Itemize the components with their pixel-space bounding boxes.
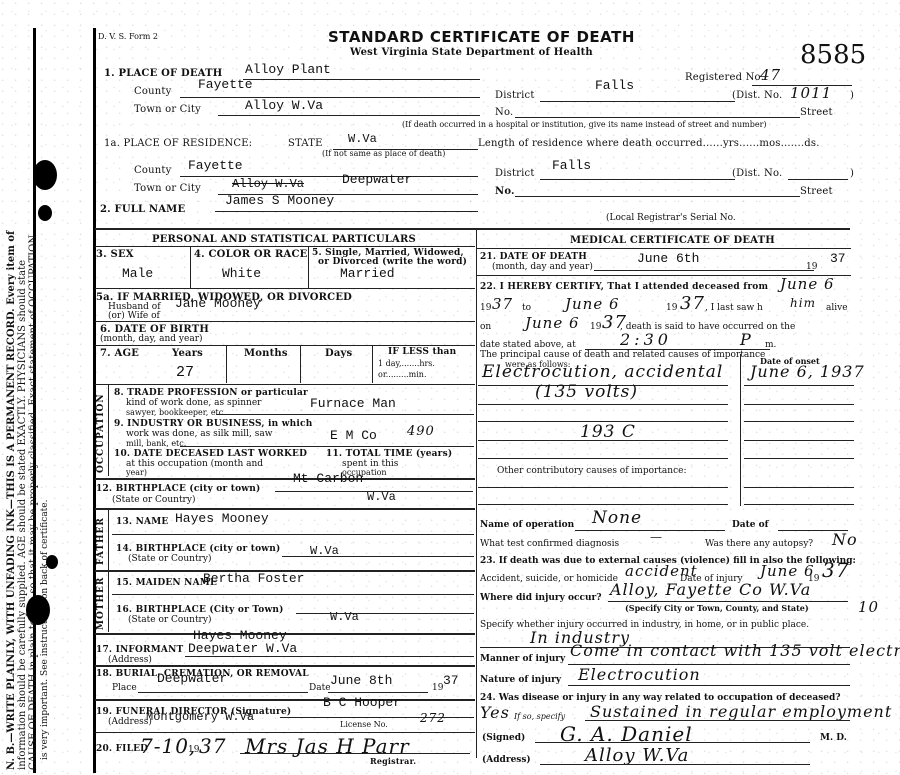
ink-blot <box>26 595 50 625</box>
autopsy-label: Was there any autopsy? <box>705 539 813 549</box>
informant-address: Deepwater W.Va <box>188 641 297 656</box>
cause-line <box>478 487 728 488</box>
months-label: Months <box>244 348 288 359</box>
underline <box>585 720 850 721</box>
death-county-value: Fayette <box>198 77 253 92</box>
death-dist-no-value: 1011 <box>790 84 832 102</box>
md-label: M. D. <box>820 733 847 743</box>
less-than-label-3: or.........min. <box>378 370 427 379</box>
trade-value: Furnace Man <box>310 396 396 411</box>
registrar-signature: Mrs Jas H Parr <box>245 734 410 758</box>
to-label: to <box>522 303 531 313</box>
father-tab: FATHER <box>96 512 106 570</box>
trade-label-3: sawyer, bookkeeper, etc. <box>126 408 226 417</box>
year-prefix: 19 <box>432 683 443 693</box>
ink-blot <box>33 160 57 190</box>
underline <box>180 97 480 98</box>
signed-label: (Signed) <box>482 733 525 743</box>
sex-label: 3. SEX <box>96 249 134 260</box>
death-town-label: Town or City <box>134 104 201 115</box>
residence-street-label: Street <box>800 186 833 197</box>
principal-cause-label: The principal cause of death and related… <box>480 350 765 360</box>
accident-label: Accident, suicide, or homicide <box>480 574 618 584</box>
occupational-answer: Yes <box>480 703 510 722</box>
divider <box>95 665 475 667</box>
death-town-value: Alloy W.Va <box>245 98 323 113</box>
underline <box>216 414 474 415</box>
age-years-value: 27 <box>176 364 194 381</box>
underline <box>243 79 480 80</box>
hospital-note: (If death occurred in a hospital or inst… <box>402 120 767 129</box>
filed-year: 37 <box>199 734 226 758</box>
underline <box>515 196 800 197</box>
personal-heading: PERSONAL AND STATISTICAL PARTICULARS <box>152 234 416 245</box>
underline <box>112 534 474 535</box>
divider <box>95 321 475 322</box>
cause-line <box>478 504 728 505</box>
on-label: on <box>480 322 491 332</box>
registrar-label: Registrar. <box>370 756 416 766</box>
contributory-label: Other contributory causes of importance: <box>497 466 686 476</box>
industry-label-3: mill, bank, etc. <box>126 439 186 448</box>
divider <box>95 478 475 480</box>
marital-value: Married <box>340 266 395 281</box>
onset-line <box>744 458 854 459</box>
father-name-label: 13. NAME <box>116 517 168 527</box>
last-saw-value: him <box>790 296 816 310</box>
where-value: Alloy, Fayette Co W.Va <box>610 580 811 599</box>
sex-value: Male <box>122 266 153 281</box>
death-date-value: June 6th <box>637 251 699 266</box>
form-id: D. V. S. Form 2 <box>98 32 158 41</box>
death-dist-no-label: (Dist. No. <box>732 90 782 101</box>
onset-line <box>744 487 854 488</box>
underline <box>185 656 474 657</box>
cause-line <box>478 458 728 459</box>
mother-birthplace-label-2: (State or Country) <box>128 615 211 625</box>
underline <box>540 179 735 180</box>
medical-heading: MEDICAL CERTIFICATE OF DEATH <box>570 235 775 246</box>
date-stated-label: date stated above, at <box>480 340 576 350</box>
spouse-label-3: (or) Wife of <box>108 311 160 321</box>
underline <box>788 179 848 180</box>
year-prefix: 19 <box>806 262 817 272</box>
underline <box>328 692 428 693</box>
certify-label: 22. I HEREBY CERTIFY, That I attended de… <box>480 282 768 292</box>
license-label: License No. <box>340 720 388 729</box>
residence-dist-no-label: (Dist. No. <box>732 168 782 179</box>
burial-year: 37 <box>443 673 459 688</box>
underline <box>608 601 848 602</box>
margin-note-2: information should be carefully supplied… <box>17 90 28 770</box>
death-year-value: 37 <box>830 251 846 266</box>
cause-line <box>478 404 728 405</box>
year-prefix: 19 <box>666 303 677 313</box>
divider <box>226 345 227 383</box>
burial-place-value: Deepwater <box>157 671 227 686</box>
burial-date-value: June 8th <box>330 673 392 688</box>
autopsy-value: No <box>832 530 858 549</box>
birthplace-state: W.Va <box>367 490 396 504</box>
attended-from: June 6 <box>780 275 835 293</box>
place-of-death-value: Alloy Plant <box>245 62 331 77</box>
residence-no-label: No. <box>495 186 515 197</box>
divider <box>372 345 373 383</box>
divider <box>95 345 475 346</box>
underline <box>594 270 814 271</box>
license-value: 272 <box>420 711 446 725</box>
underline <box>282 556 474 557</box>
cause-line-1: Electrocution, accidental <box>482 362 723 382</box>
where-note: (Specify City or Town, County, and State… <box>625 603 809 613</box>
margin-note-3: CAUSE OF DEATH in plain terms, so that i… <box>28 40 39 770</box>
residence-state-note: (If not same as place of death) <box>322 149 445 158</box>
birthplace-label-2: (State or Country) <box>112 495 195 505</box>
age-label: 7. AGE <box>100 348 139 359</box>
cause-code: 193 C <box>580 422 636 442</box>
underline <box>568 685 850 686</box>
residence-town-value: Deepwater <box>342 172 412 187</box>
underline <box>296 613 474 614</box>
burial-place-label: Place <box>112 683 137 693</box>
attended-from-year: 37 <box>492 295 513 313</box>
cause-line <box>478 440 728 441</box>
underline <box>138 692 308 693</box>
underline <box>540 764 810 765</box>
race-value: White <box>222 266 261 281</box>
death-no-label: No. <box>495 107 513 118</box>
residence-town-label: Town or City <box>134 183 201 194</box>
race-label: 4. COLOR OR RACE <box>194 249 307 260</box>
death-county-label: County <box>134 86 171 97</box>
divider <box>308 246 309 288</box>
residence-state-value: W.Va <box>348 132 377 146</box>
divider <box>95 384 475 385</box>
divider <box>476 248 851 249</box>
onset-line <box>744 421 854 422</box>
less-than-label-2: 1 day,.......hrs. <box>378 359 435 368</box>
residence-length-label: Length of residence where death occurred… <box>478 138 820 149</box>
divider <box>95 246 475 247</box>
year-prefix: 19 <box>590 322 601 332</box>
birthplace-city: Mt Carbon <box>293 471 363 486</box>
attended-to: June 6 <box>565 295 620 313</box>
residence-county-value: Fayette <box>188 158 243 173</box>
year-prefix: 19 <box>188 745 199 755</box>
death-on-date: June 6 <box>525 314 580 332</box>
occupational-specify-label: If so, specify <box>514 712 565 721</box>
divider <box>108 384 109 476</box>
funeral-director-value: B C Hooper <box>323 695 401 710</box>
manner-label: Manner of injury <box>480 654 565 664</box>
total-time-label-1: 11. TOTAL TIME (years) <box>326 449 452 459</box>
death-district-value: Falls <box>595 78 634 93</box>
injury-year-value: 37 <box>822 558 849 582</box>
divider <box>95 288 475 289</box>
underline <box>540 101 735 102</box>
full-name-label: 2. FULL NAME <box>100 204 185 215</box>
onset-line <box>744 404 854 405</box>
divider <box>108 570 109 632</box>
registered-no-value: 47 <box>760 66 781 84</box>
occupational-specify-value: Sustained in regular employment <box>590 702 892 721</box>
margin-annotation: 10 <box>858 598 879 616</box>
paren: ) <box>850 90 854 101</box>
funeral-address-value: Montgomery W.Va <box>146 710 254 724</box>
underline <box>215 211 478 212</box>
where-label: Where did injury occur? <box>480 593 602 603</box>
serial-no-label: (Local Registrar's Serial No. <box>606 213 736 223</box>
occupation-tab: OCCUPATION <box>96 388 106 478</box>
full-name-value: James S Mooney <box>225 193 334 208</box>
section-divider <box>95 228 850 230</box>
residence-district-label: District <box>495 168 535 179</box>
industry-label-1: 9. INDUSTRY OR BUSINESS, in which <box>114 419 312 429</box>
manner-value: Come in contact with 135 volt electric <box>570 641 900 660</box>
divider <box>95 732 475 733</box>
trade-label-2: kind of work done, as spinner <box>126 398 261 408</box>
father-birthplace-label-2: (State or Country) <box>128 554 211 564</box>
industry-note: 490 <box>407 424 435 439</box>
year-prefix: 19 <box>480 303 491 313</box>
less-than-label-1: IF LESS than <box>388 347 456 357</box>
nature-value: Electrocution <box>578 665 701 684</box>
underline <box>535 742 810 743</box>
divider <box>95 508 475 510</box>
divider <box>190 246 191 288</box>
mother-birthplace-label-1: 16. BIRTHPLACE (City or Town) <box>116 605 284 615</box>
underline <box>515 117 800 118</box>
death-district-label: District <box>495 90 535 101</box>
death-date-label-1: 21. DATE OF DEATH <box>480 252 587 262</box>
death-time: 2:30 <box>620 330 672 349</box>
underline <box>218 115 480 116</box>
days-label: Days <box>325 348 352 359</box>
column-divider <box>476 228 477 758</box>
last-worked-label-3: year) <box>126 468 147 477</box>
informant-label: 17. INFORMANT <box>96 645 183 655</box>
margin-note-1: N. B.—WRITE PLAINLY, WITH UNFADING INK—T… <box>6 90 17 770</box>
residence-state-label: STATE <box>288 138 323 149</box>
certificate-number: 8585 <box>800 40 866 70</box>
underline <box>180 446 474 447</box>
onset-line <box>744 385 854 386</box>
onset-value: June 6, 1937 <box>750 362 865 381</box>
physician-address-label: (Address) <box>482 755 531 765</box>
injury-date-value: June 6 <box>760 562 815 580</box>
ink-blot <box>38 205 52 221</box>
death-meridiem: P <box>740 330 752 349</box>
death-street-label: Street <box>800 107 833 118</box>
residence-label: 1a. PLACE OF RESIDENCE: <box>104 138 252 149</box>
spouse-value: Jane Mooney <box>175 296 261 311</box>
cause-line-2: (135 volts) <box>535 382 638 402</box>
operation-label: Name of operation <box>480 520 574 530</box>
certificate-subtitle: West Virginia State Department of Health <box>350 47 593 58</box>
alive-label: alive <box>826 303 848 313</box>
years-label: Years <box>172 348 203 359</box>
father-name-value: Hayes Mooney <box>175 511 269 526</box>
trade-label-1: 8. TRADE PROFESSION or particular <box>114 388 308 398</box>
dob-label-2: (month, day, and year) <box>100 334 203 344</box>
father-birthplace-label-1: 14. BIRTHPLACE (city or town) <box>116 544 280 554</box>
nature-label: Nature of injury <box>480 675 561 685</box>
last-worked-label-1: 10. DATE DECEASED LAST WORKED <box>114 449 307 459</box>
mother-tab: MOTHER <box>96 574 106 632</box>
underline <box>240 753 470 754</box>
onset-column-divider <box>740 354 741 506</box>
residence-town-struck: Alloy W.Va <box>232 177 304 191</box>
informant-address-label: (Address) <box>108 655 152 665</box>
residence-district-value: Falls <box>552 158 591 173</box>
birthplace-label-1: 12. BIRTHPLACE (city or town) <box>96 484 260 494</box>
industry-label-2: work was done, as silk mill, saw <box>126 429 272 439</box>
test-label: What test confirmed diagnosis <box>480 539 619 549</box>
divider <box>108 508 109 570</box>
paren: ) <box>850 168 854 179</box>
operation-value: None <box>592 508 642 528</box>
onset-line <box>744 440 854 441</box>
attended-to-year: 37 <box>680 293 705 314</box>
registered-no-label: Registered No. <box>685 72 764 83</box>
last-saw-label: , I last saw h <box>705 303 763 313</box>
divider <box>300 345 301 383</box>
onset-line <box>744 504 854 505</box>
mother-name-value: Bertha Foster <box>203 571 304 586</box>
physician-address: Alloy W.Va <box>585 745 689 766</box>
underline <box>112 594 474 595</box>
death-date-label-2: (month, day and year) <box>492 262 593 272</box>
test-value: — <box>650 530 663 544</box>
industry-value: E M Co <box>330 428 377 443</box>
divider <box>95 699 475 701</box>
certificate-title: STANDARD CERTIFICATE OF DEATH <box>328 28 635 46</box>
residence-county-label: County <box>134 165 171 176</box>
ink-blot <box>46 555 58 569</box>
underline <box>180 176 478 177</box>
operation-date-label: Date of <box>732 520 769 530</box>
mother-name-label: 15. MAIDEN NAME <box>116 578 217 588</box>
